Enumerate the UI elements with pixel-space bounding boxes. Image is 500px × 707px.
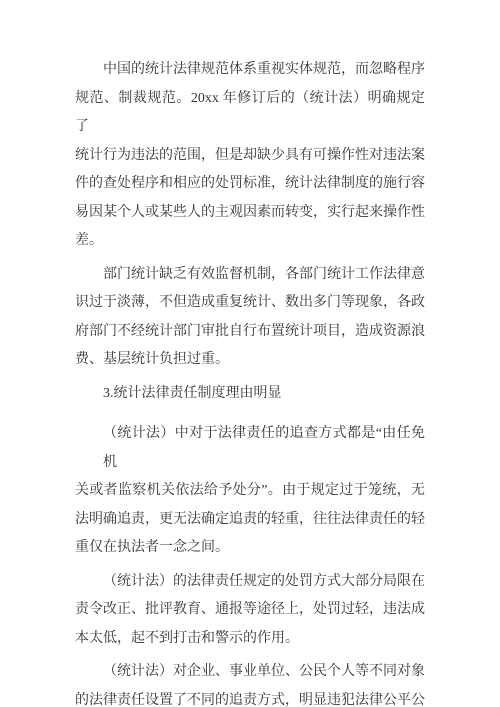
- text-line: （统计法）中对于法律责任的追查方式都是“由任免机: [75, 420, 425, 477]
- text-line: 易因某个人或某些人的主观因素而转变，实行起来操作性: [75, 199, 425, 228]
- text-line: 关或者监察机关依法给予处分”。由于规定过于笼统，无: [75, 477, 425, 506]
- text-line: （统计法）对企业、事业单位、公民个人等不同对象: [75, 658, 425, 687]
- text-line: 责令改正、批评教育、通报等途径上，处罚过轻，违法成: [75, 596, 425, 625]
- paragraph: 部门统计缺乏有效监督机制，各部门统计工作法律意识过于淡薄，不但造成重复统计、数出…: [75, 261, 425, 375]
- text-line: 部门统计缺乏有效监督机制，各部门统计工作法律意: [75, 261, 425, 290]
- text-line: 法明确追责，更无法确定追责的轻重，往往法律责任的轻: [75, 506, 425, 535]
- paragraph: 中国的统计法律规范体系重视实体规范，而忽略程序规范、制裁规范。20xx 年修订后…: [75, 56, 425, 256]
- text-line: 的法律责任设置了不同的追责方式，明显违犯法律公平公: [75, 687, 425, 707]
- text-line: 识过于淡薄，不但造成重复统计、数出多门等现象，各政: [75, 289, 425, 318]
- text-line: 费、基层统计负担过重。: [75, 346, 425, 375]
- text-line: 重仅在执法者一念之间。: [75, 534, 425, 563]
- text-line: 府部门不经统计部门审批自行布置统计项目，造成资源浪: [75, 318, 425, 347]
- paragraph: （统计法）的法律责任规定的处罚方式大部分局限在责令改正、批评教育、通报等途径上，…: [75, 568, 425, 654]
- document-body: 中国的统计法律规范体系重视实体规范，而忽略程序规范、制裁规范。20xx 年修订后…: [75, 56, 425, 707]
- text-line: （统计法）的法律责任规定的处罚方式大部分局限在: [75, 568, 425, 597]
- text-line: 规范、制裁规范。20xx 年修订后的（统计法）明确规定了: [75, 85, 425, 142]
- text-line: 本太低，起不到打击和警示的作用。: [75, 625, 425, 654]
- text-line: 统计行为违法的范围，但是却缺少具有可操作性对违法案: [75, 142, 425, 171]
- text-line: 差。: [75, 227, 425, 256]
- text-line: 件的查处程序和相应的处罚标准，统计法律制度的施行容: [75, 170, 425, 199]
- paragraph: （统计法）中对于法律责任的追查方式都是“由任免机关或者监察机关依法给予处分”。由…: [75, 420, 425, 563]
- document-page: 中国的统计法律规范体系重视实体规范，而忽略程序规范、制裁规范。20xx 年修订后…: [0, 0, 500, 707]
- text-line: 中国的统计法律规范体系重视实体规范，而忽略程序: [75, 56, 425, 85]
- paragraph: （统计法）对企业、事业单位、公民个人等不同对象的法律责任设置了不同的追责方式，明…: [75, 658, 425, 707]
- section-heading: 3.统计法律责任制度理由明显: [75, 380, 425, 409]
- heading-text-line: 3.统计法律责任制度理由明显: [75, 380, 425, 409]
